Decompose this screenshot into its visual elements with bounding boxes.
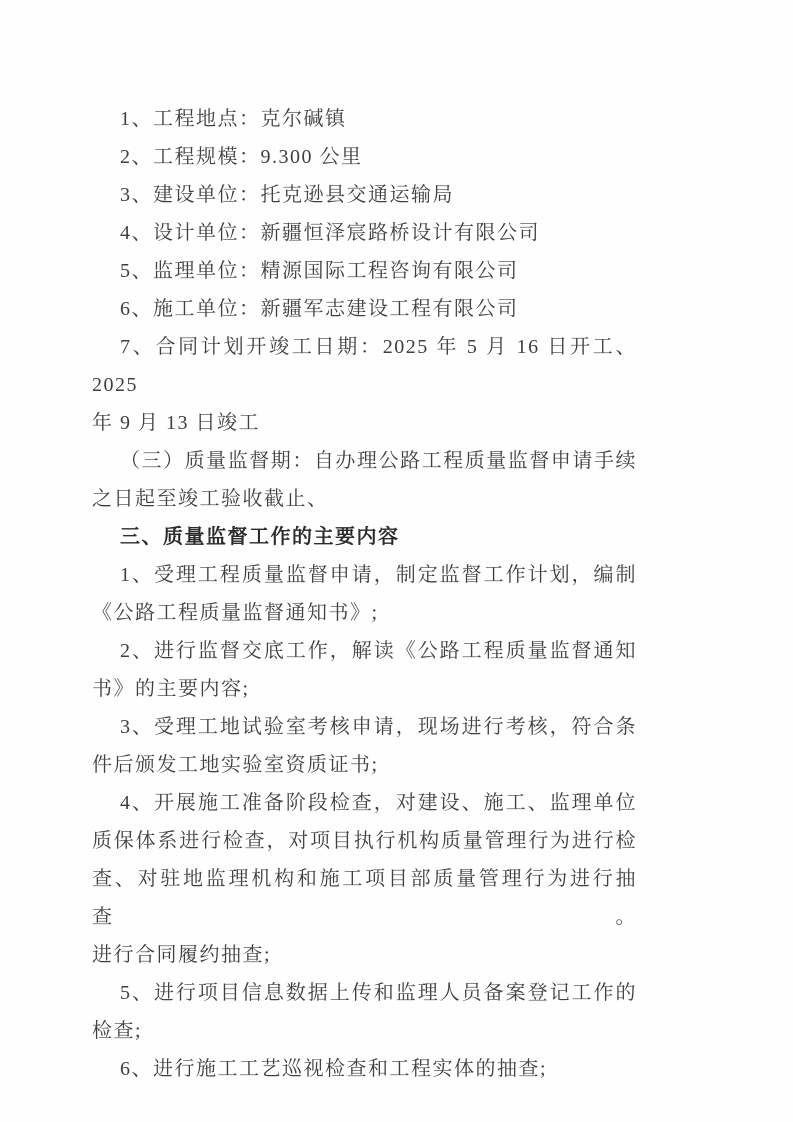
text-line: 2、工程规模：9.300 公里 — [92, 138, 637, 176]
text-line: 5、进行项目信息数据上传和监理人员备案登记工作的 — [92, 974, 637, 1012]
text-line: 查、对驻地监理机构和施工项目部质量管理行为进行抽查。 — [92, 860, 637, 936]
text-line: 质保体系进行检查，对项目执行机构质量管理行为进行检 — [92, 822, 637, 860]
text-line: 4、开展施工准备阶段检查，对建设、施工、监理单位 — [92, 784, 637, 822]
text-line: 1、受理工程质量监督申请，制定监督工作计划，编制 — [92, 556, 637, 594]
section-heading: 三、质量监督工作的主要内容 — [92, 518, 637, 556]
text-line: 之日起至竣工验收截止、 — [92, 480, 637, 518]
document-page: 1、工程地点：克尔碱镇2、工程规模：9.300 公里3、建设单位：托克逊县交通运… — [0, 0, 793, 1122]
text-line: 1、工程地点：克尔碱镇 — [92, 100, 637, 138]
text-line: 年 9 月 13 日竣工 — [92, 404, 637, 442]
text-line: 件后颁发工地实验室资质证书; — [92, 746, 637, 784]
text-line: 3、建设单位：托克逊县交通运输局 — [92, 176, 637, 214]
text-line: 检查; — [92, 1012, 637, 1050]
text-line: 《公路工程质量监督通知书》; — [92, 594, 637, 632]
text-line: 7、合同计划开竣工日期：2025 年 5 月 16 日开工、2025 — [92, 328, 637, 404]
text-line: 书》的主要内容; — [92, 670, 637, 708]
text-line: 6、施工单位：新疆军志建设工程有限公司 — [92, 290, 637, 328]
text-line: 4、设计单位：新疆恒泽宸路桥设计有限公司 — [92, 214, 637, 252]
text-line: 2、进行监督交底工作，解读《公路工程质量监督通知 — [92, 632, 637, 670]
text-line: 5、监理单位：精源国际工程咨询有限公司 — [92, 252, 637, 290]
document-body: 1、工程地点：克尔碱镇2、工程规模：9.300 公里3、建设单位：托克逊县交通运… — [92, 100, 637, 1088]
text-line: 进行合同履约抽查; — [92, 936, 637, 974]
text-line: 3、受理工地试验室考核申请，现场进行考核，符合条 — [92, 708, 637, 746]
text-line: 6、进行施工工艺巡视检查和工程实体的抽查; — [92, 1050, 637, 1088]
text-line: （三）质量监督期：自办理公路工程质量监督申请手续 — [92, 442, 637, 480]
